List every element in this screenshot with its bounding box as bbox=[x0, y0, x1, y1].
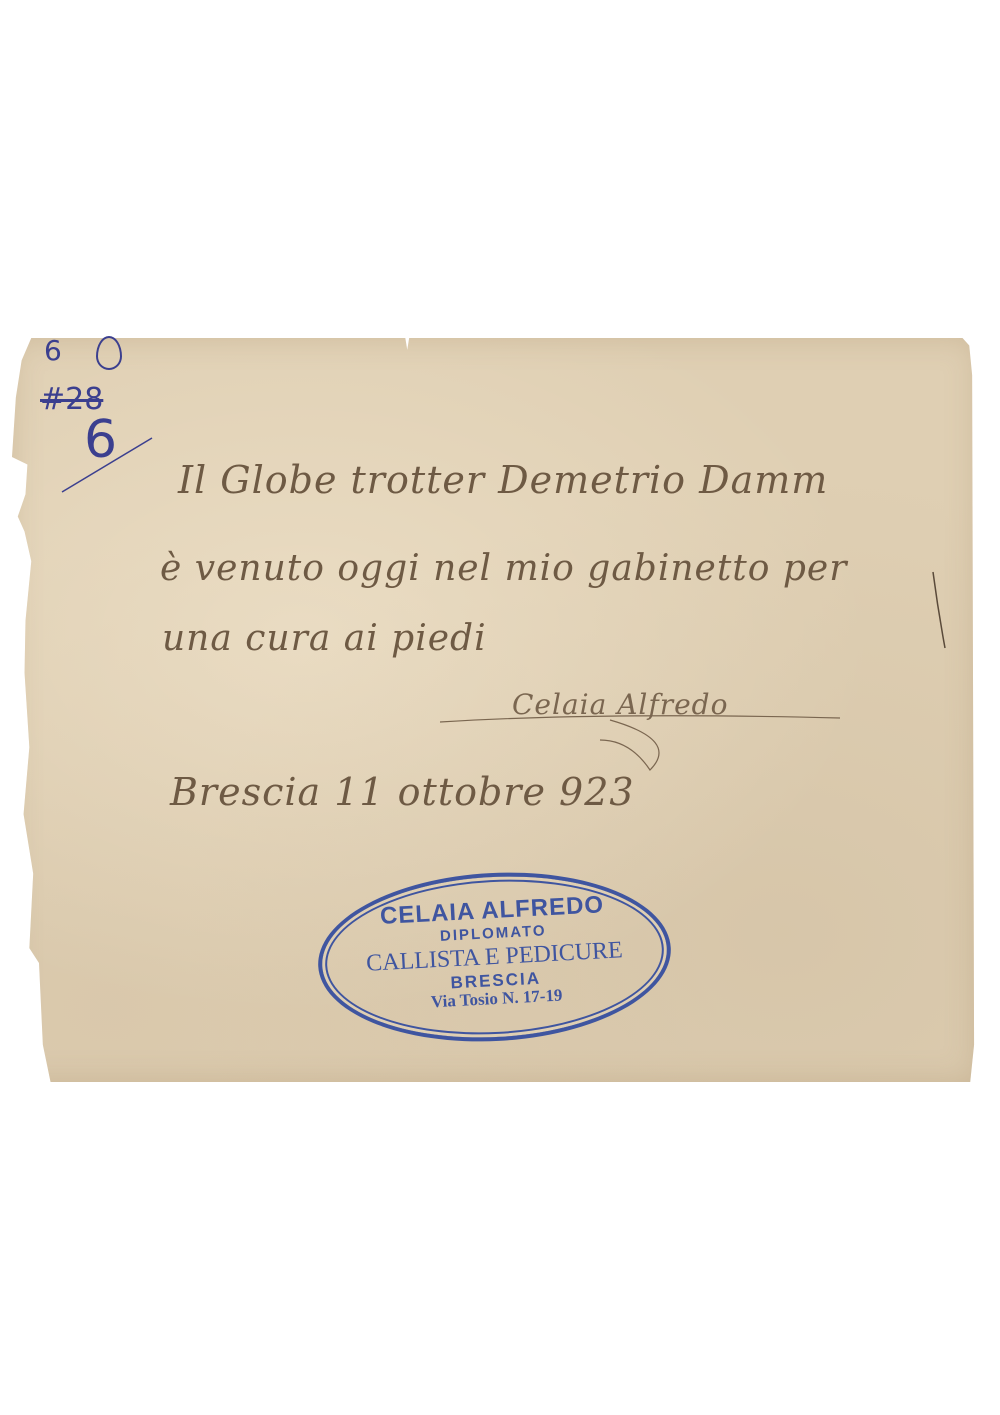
place-date: Brescia 11 ottobre 923 bbox=[170, 770, 635, 814]
pen-strokes bbox=[0, 0, 1000, 1415]
body-line-1: Il Globe trotter Demetrio Damm bbox=[178, 458, 828, 502]
signature: Celaia Alfredo bbox=[512, 688, 728, 721]
body-line-2: è venuto oggi nel mio gabinetto per bbox=[160, 548, 847, 589]
body-line-3: una cura ai piedi bbox=[162, 618, 487, 659]
